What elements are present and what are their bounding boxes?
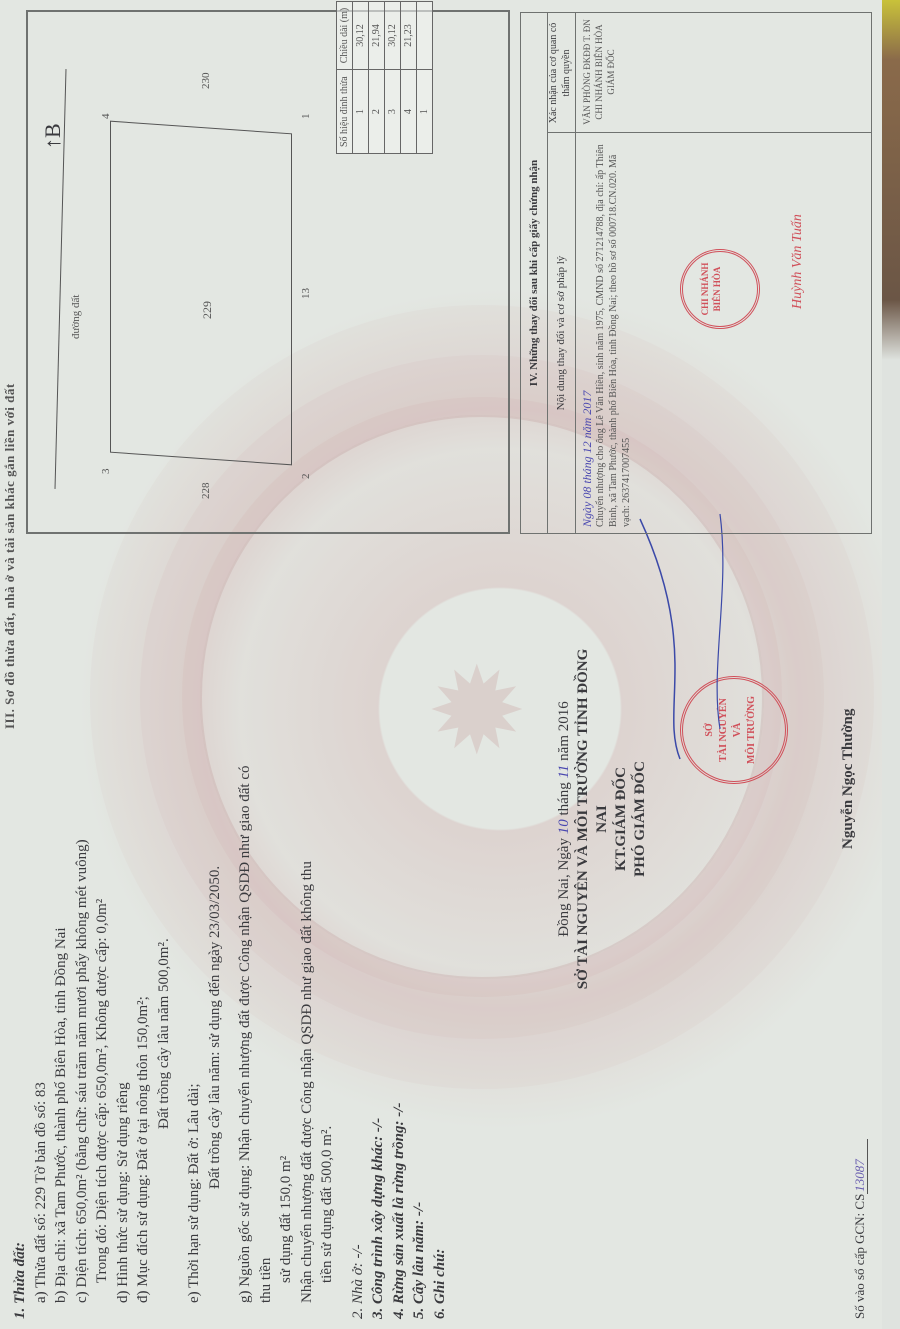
- date-prefix: Đồng Nai, Ngày: [556, 838, 572, 937]
- table-row: 130,12: [353, 1, 369, 153]
- year-label: năm 2016: [556, 701, 572, 761]
- branch-stamp: CHI NHÁNH BIÊN HÒA: [680, 249, 760, 329]
- parcel-number: a) Thửa đất số: 229 Tờ bản đồ số: 83: [31, 759, 52, 1319]
- change-entry-date: Ngày 08 tháng 12 năm 2017: [581, 137, 594, 527]
- point-label: 4: [100, 114, 112, 120]
- land-certificate-page: ✹ 1. Thửa đất: a) Thửa đất số: 229 Tờ bả…: [0, 0, 882, 1329]
- section3-diagram-title: III. Sơ đồ thửa đất, nhà ở và tài sản kh…: [2, 383, 18, 729]
- usage-term-2: Đất trồng cây lâu năm: sử dụng đến ngày …: [205, 759, 226, 1319]
- issuing-org: SỞ TÀI NGUYÊN VÀ MÔI TRƯỜNG TỈNH ĐỒNG NA…: [574, 639, 612, 999]
- section5-perennial-trees: 5. Cây lâu năm: -/-: [409, 759, 430, 1319]
- section2-house: 2. Nhà ở: -/-: [348, 759, 369, 1319]
- parcel-area: c) Diện tích: 650,0m² (bằng chữ: sáu tră…: [72, 759, 93, 1319]
- parcel-address: b) Địa chỉ: xã Tam Phước, thành phố Biên…: [51, 759, 72, 1319]
- office-signer-name: Huỳnh Văn Tuấn: [790, 214, 806, 309]
- table-row: 330,12: [385, 1, 401, 153]
- table-row: 221,94: [369, 1, 385, 153]
- section6-notes: 6. Ghi chú:: [430, 759, 451, 1319]
- point-label: 1: [300, 114, 312, 120]
- table-header: Chiều dài (m): [337, 1, 353, 70]
- north-arrow-icon: ↑B: [40, 123, 66, 149]
- parcel-outline: [110, 121, 292, 466]
- changes-title: IV. Những thay đổi sau khi cấp giấy chứn…: [521, 13, 548, 533]
- signature-scribble: [620, 509, 740, 769]
- changes-content-header: Nội dung thay đổi và cơ sở pháp lý: [547, 132, 576, 533]
- usage-origin: g) Nguồn gốc sử dụng: Nhận chuyển nhượng…: [235, 759, 276, 1319]
- date-day: 10: [556, 819, 572, 834]
- usage-origin-3: Nhận chuyển nhượng đất được Công nhận QS…: [297, 759, 318, 1319]
- gcn-register-number: Số vào sổ cấp GCN: CS13087: [852, 1139, 868, 1319]
- usage-origin-4: tiền sử dụng đất 500,0 m².: [317, 759, 338, 1319]
- column-divider: [575, 132, 871, 133]
- watermark-star-icon: ✹: [411, 659, 550, 760]
- road-label: đường đất: [70, 295, 82, 339]
- confirming-office: VĂN PHÒNG ĐKĐĐ T. ĐN CHI NHÁNH BIÊN HÒA …: [581, 15, 617, 129]
- date-month: 11: [556, 765, 572, 779]
- section4-forest: 4. Rừng sản xuất là rừng trồng: -/-: [389, 759, 410, 1319]
- usage-origin-2: sử dụng đất 150,0 m²: [276, 759, 297, 1319]
- neighbor-bottom-label: 13: [300, 288, 312, 299]
- usage-term: e) Thời hạn sử dụng: Đất ở: Lâu dài;: [184, 759, 205, 1319]
- month-label: tháng: [556, 782, 572, 815]
- section-land-parcel: 1. Thửa đất: a) Thửa đất số: 229 Tờ bản …: [10, 759, 450, 1319]
- change-entry: Ngày 08 tháng 12 năm 2017 Chuyển nhượng …: [581, 137, 633, 527]
- signer-name: Nguyễn Ngọc Thường: [840, 709, 857, 849]
- gcn-label: Số vào sổ cấp GCN: CS: [852, 1194, 867, 1319]
- gcn-number: 13087: [852, 1139, 868, 1194]
- usage-form: d) Hình thức sử dụng: Sử dụng riêng: [113, 759, 134, 1319]
- stamp-line: CHI NHÁNH: [699, 252, 711, 326]
- changes-confirm-header: Xác nhận của cơ quan có thẩm quyền: [547, 13, 576, 133]
- boundary-length-table: Số hiệu đỉnh thửa Chiều dài (m) 130,12 2…: [336, 1, 433, 154]
- photo-background-edge: [882, 0, 900, 1329]
- point-label: 2: [300, 474, 312, 480]
- table-row: 1: [417, 1, 433, 153]
- section1-heading: 1. Thửa đất:: [10, 759, 31, 1319]
- stamp-line: MÔI TRƯỜNG: [745, 679, 759, 781]
- stamp-line: BIÊN HÒA: [711, 252, 723, 326]
- change-entry-text: Chuyển nhượng cho ông Lê Văn Hiền, sinh …: [594, 137, 633, 527]
- section3-other-construction: 3. Công trình xây dựng khác: -/-: [368, 759, 389, 1319]
- neighbor-left-label: 228: [200, 483, 212, 500]
- parcel-area-detail: Trong đó: Diện tích được cấp: 650,0m², K…: [92, 759, 113, 1319]
- table-header: Số hiệu đỉnh thửa: [337, 70, 353, 154]
- neighbor-right-label: 230: [200, 73, 212, 90]
- usage-purpose-2: Đất trồng cây lâu năm 500,0m².: [154, 759, 175, 1319]
- point-label: 3: [100, 469, 112, 475]
- usage-purpose: đ) Mục đích sử dụng: Đất ở tại nông thôn…: [133, 759, 154, 1319]
- parcel-number-label: 229: [200, 301, 215, 319]
- table-row: 421,23: [401, 1, 417, 153]
